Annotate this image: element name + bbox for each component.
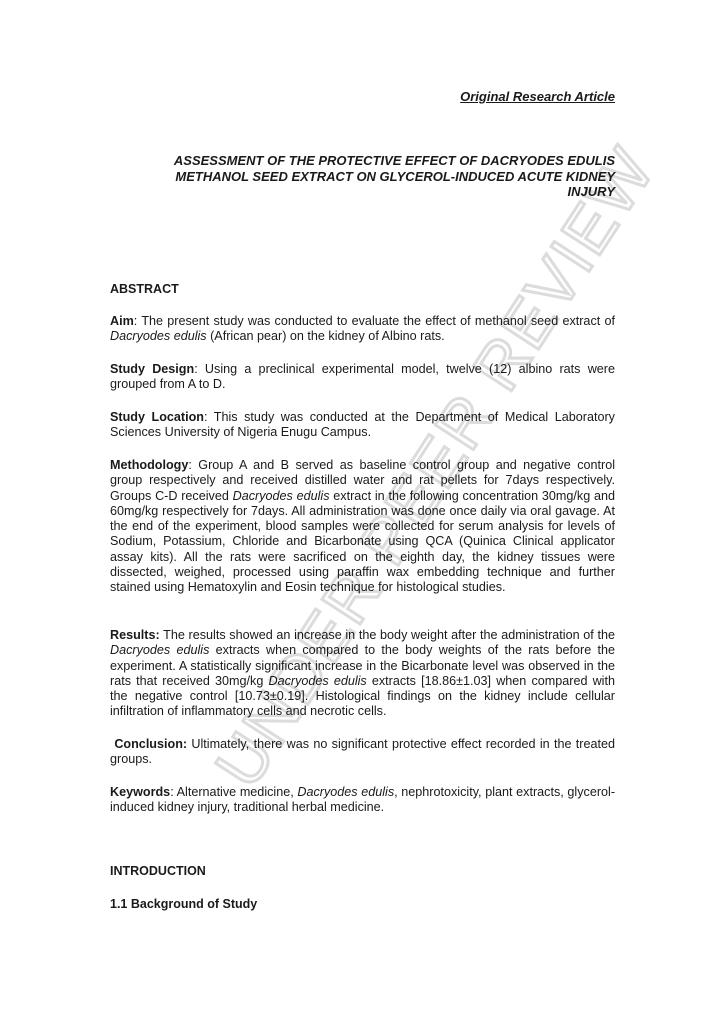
abstract-aim: Aim: The present study was conducted to … (110, 314, 615, 345)
methodology-text-end: extract in the following concentration 3… (110, 489, 615, 595)
aim-label: Aim (110, 314, 134, 328)
species-name: Dacryodes edulis (268, 674, 366, 688)
aim-text: : The present study was conducted to eva… (134, 314, 615, 328)
methodology-label: Methodology (110, 458, 188, 472)
results-label: Results: (110, 628, 160, 642)
background-subheading: 1.1 Background of Study (110, 897, 257, 911)
species-name: Dacryodes edulis (233, 489, 330, 503)
abstract-study-design: Study Design: Using a preclinical experi… (110, 362, 615, 393)
species-name: Dacryodes edulis (110, 329, 207, 343)
species-name: Dacryodes edulis (110, 643, 209, 657)
conclusion-label: Conclusion: (114, 737, 187, 751)
species-name: Dacryodes edulis (297, 785, 394, 799)
paper-title: ASSESSMENT OF THE PROTECTIVE EFFECT OF D… (145, 153, 615, 200)
paper-page: UNDER PEER REVIEW Original Research Arti… (0, 0, 724, 1024)
introduction-heading: INTRODUCTION (110, 864, 206, 878)
results-text: The results showed an increase in the bo… (160, 628, 615, 642)
article-type-label: Original Research Article (460, 89, 615, 104)
abstract-heading: ABSTRACT (110, 282, 179, 296)
study-location-label: Study Location (110, 410, 204, 424)
abstract-keywords: Keywords: Alternative medicine, Dacryode… (110, 785, 615, 816)
keywords-text: : Alternative medicine, (170, 785, 297, 799)
abstract-results: Results: The results showed an increase … (110, 628, 615, 720)
abstract-conclusion: Conclusion: Ultimately, there was no sig… (110, 737, 615, 768)
abstract-methodology: Methodology: Group A and B served as bas… (110, 458, 615, 596)
aim-text-end: (African pear) on the kidney of Albino r… (207, 329, 445, 343)
keywords-label: Keywords (110, 785, 170, 799)
study-design-label: Study Design (110, 362, 194, 376)
abstract-study-location: Study Location: This study was conducted… (110, 410, 615, 441)
